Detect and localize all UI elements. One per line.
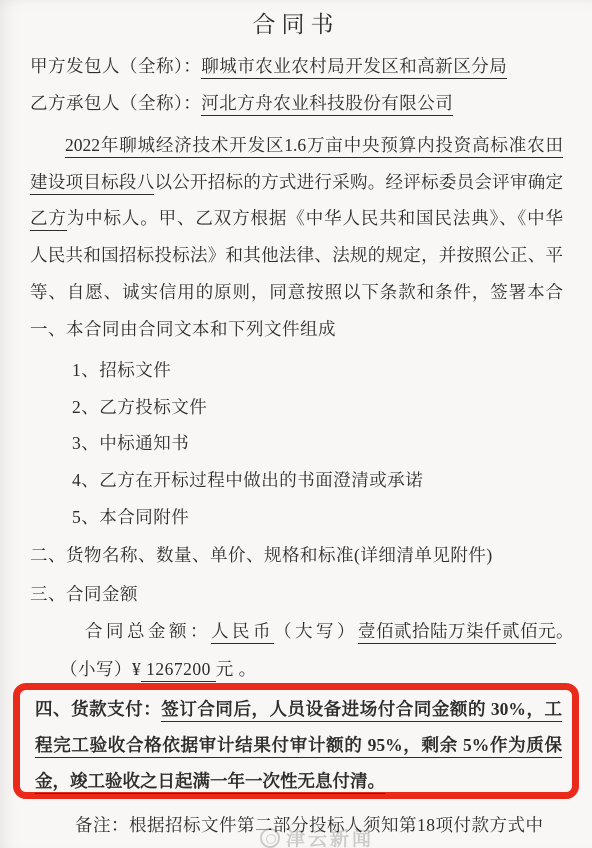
document-title: 合同书 — [0, 10, 592, 40]
numeric-amount-line: （小写）¥ 1267200 元 。 — [60, 657, 540, 682]
total-amount-line: 合同总金额：人民币（大写）壹佰贰拾陆万柒仟贰佰元。 — [85, 619, 565, 644]
section-4-heading: 四、货款支付： — [35, 699, 161, 719]
preamble-text: 以公开招标的方式进行采购。经评标委员会评审确定 — [154, 172, 563, 192]
winner-party: 乙方 — [30, 208, 67, 231]
preamble-line-4: 人民共和国招标投标法》和其他法律、法规的规定，并按照公正、平 — [30, 243, 563, 268]
payment-terms-part-2: 程完工验收合格依据审计结果付审计额的 95%，剩余 5%作为质保 — [35, 735, 562, 758]
note-label: 备注： — [75, 815, 129, 835]
party-a-line: 甲方发包人（全称）：聊城市农业农村局开发区和高新区分局 — [30, 54, 563, 79]
period: 。 — [556, 621, 574, 641]
section-1-item-2: 2、乙方投标文件 — [72, 395, 563, 420]
preamble-line-3: 乙方为中标人。甲、乙双方根据《中华人民共和国民法典》、《中华 — [30, 206, 563, 231]
section-3-heading: 三、合同金额 — [30, 582, 563, 607]
amount-numeric: 1267200 — [141, 659, 216, 682]
preamble-line-2: 建设项目标段八以公开招标的方式进行采购。经评标委员会评审确定 — [30, 170, 563, 195]
party-b-name: 河北方舟农业科技股份有限公司 — [201, 93, 453, 116]
section-1-item-3: 3、中标通知书 — [72, 431, 563, 456]
preamble-line-1: 2022年聊城经济技术开发区1.6万亩中央预算内投资高标准农田 — [30, 133, 563, 158]
section-1-item-1: 1、招标文件 — [72, 358, 563, 383]
party-a-name: 聊城市农业农村局开发区和高新区分局 — [201, 56, 507, 79]
party-b-line: 乙方承包人（全称）：河北方舟农业科技股份有限公司 — [30, 91, 563, 116]
preamble-text: 为中标人。甲、乙双方根据《中华人民共和国民法典》、《中华 — [67, 208, 563, 228]
section-4-line-3: 金，竣工验收之日起满一年一次性无息付清。 — [35, 769, 562, 794]
preamble-line-5: 等、自愿、诚实信用的原则，同意按照以下条款和条件，签署本合同。 — [30, 280, 563, 305]
period: 。 — [239, 659, 257, 679]
section-4-line-2: 程完工验收合格依据审计结果付审计额的 95%，剩余 5%作为质保 — [35, 733, 562, 758]
party-b-label: 乙方承包人（全称）： — [30, 93, 201, 113]
payment-terms-part-3: 金，竣工验收之日起满一年一次性无息付清。 — [35, 771, 385, 794]
payment-terms-part-1: 签订合同后，人员设备进场付合同金额的 30%，工 — [161, 699, 562, 722]
daxie-label: （大写） — [274, 621, 358, 641]
section-1-heading: 一、本合同由合同文本和下列文件组成 — [30, 317, 563, 342]
project-name-part-1: 2022年聊城经济技术开发区1.6万亩中央预算内投资高标准农田 — [65, 135, 563, 158]
total-amount-label: 合同总金额： — [85, 621, 211, 641]
section-4-line-1: 四、货款支付：签订合同后，人员设备进场付合同金额的 30%，工 — [35, 697, 562, 722]
party-a-label: 甲方发包人（全称）： — [30, 56, 201, 76]
contract-document-page: 合同书 甲方发包人（全称）：聊城市农业农村局开发区和高新区分局 乙方承包人（全称… — [0, 0, 592, 848]
section-1-item-4: 4、乙方在开标过程中做出的书面澄清或承诺 — [72, 468, 563, 493]
section-1-item-5: 5、本合同附件 — [72, 505, 563, 530]
xiaoxie-label: （小写）¥ — [60, 659, 141, 679]
project-name-part-2: 建设项目标段八 — [30, 172, 154, 195]
note-text: 根据招标文件第二部分投标人须知第18项付款方式中 — [129, 815, 544, 835]
section-2-heading: 二、货物名称、数量、单价、规格和标准(详细清单见附件) — [30, 543, 563, 568]
amount-in-words: 壹佰贰拾陆万柒仟贰佰元 — [358, 621, 556, 644]
currency-name: 人民币 — [211, 621, 274, 644]
amount-unit: 元 — [216, 659, 234, 679]
note-line: 备注：根据招标文件第二部分投标人须知第18项付款方式中 — [75, 813, 575, 838]
